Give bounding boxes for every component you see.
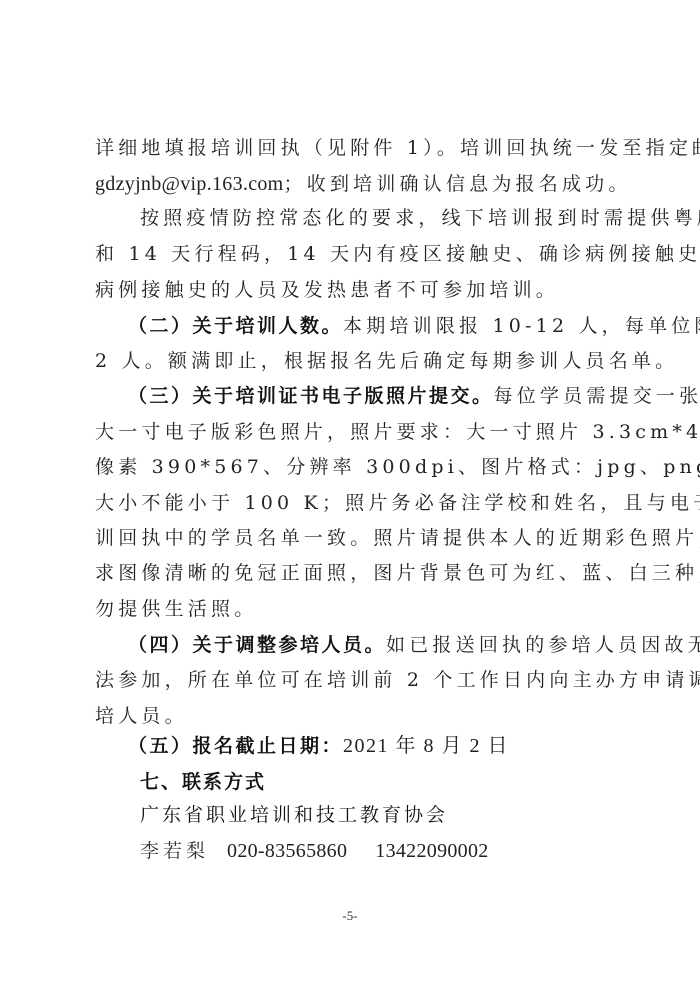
section-3-line: （三）关于培训证书电子版照片提交。每位学员需提交一张 (128, 384, 618, 408)
section-4-heading: （四）关于调整参培人员。 (128, 634, 386, 656)
contact-name: 李若梨 (140, 840, 209, 862)
deadline-date: 2021 年 8 月 2 日 (343, 735, 509, 757)
paragraph-line: 病例接触史的人员及发热患者不可参加培训。 (95, 278, 615, 302)
organization-line: 广东省职业培训和技工教育协会 (140, 803, 660, 827)
contact-phone: 020-83565860 (227, 840, 347, 862)
body-text: 本期培训限报 10-12 人，每单位限报 (343, 315, 700, 337)
paragraph-line: 按照疫情防控常态化的要求，线下培训报到时需提供粤康码 (140, 206, 615, 230)
paragraph-line: 和 14 天行程码，14 天内有疫区接触史、确诊病例接触史或疑似 (95, 242, 615, 266)
body-text: 培人员。 (95, 705, 188, 727)
organization-name: 广东省职业培训和技工教育协会 (140, 804, 448, 826)
body-text: 详细地填报培训回执（见附件 1）。培训回执统一发至指定邮箱： (95, 137, 700, 159)
paragraph-line: 大一寸电子版彩色照片，照片要求：大一寸照片 3.3cm*4.8cm、 (95, 420, 615, 444)
body-text: 病例接触史的人员及发热患者不可参加培训。 (95, 279, 559, 301)
body-text: 每位学员需提交一张 (494, 385, 700, 407)
body-text: 勿提供生活照。 (95, 598, 257, 620)
section-4-line: （四）关于调整参培人员。如已报送回执的参培人员因故无 (128, 633, 618, 657)
email-address: gdzyjnb@vip.163.com (95, 173, 284, 195)
paragraph-line: 2 人。额满即止，根据报名先后确定每期参训人员名单。 (95, 349, 615, 373)
body-text: 和 14 天行程码，14 天内有疫区接触史、确诊病例接触史或疑似 (95, 243, 700, 265)
body-text: 法参加，所在单位可在培训前 2 个工作日内向主办方申请调整参 (95, 669, 700, 691)
paragraph-line: 勿提供生活照。 (95, 597, 615, 621)
paragraph-line: 训回执中的学员名单一致。照片请提供本人的近期彩色照片，要 (95, 526, 615, 550)
paragraph-line: 大小不能小于 100 K；照片务必备注学校和姓名，且与电子版培 (95, 491, 615, 515)
body-text: 大一寸电子版彩色照片，照片要求：大一寸照片 3.3cm*4.8cm、 (95, 421, 700, 443)
contact-line: 李若梨020-8356586013422090002 (140, 839, 660, 863)
section-5-line: （五）报名截止日期：2021 年 8 月 2 日 (128, 734, 618, 758)
paragraph-line: 求图像清晰的免冠正面照，图片背景色可为红、蓝、白三种，请 (95, 561, 615, 585)
section-3-heading: （三）关于培训证书电子版照片提交。 (128, 385, 494, 407)
document-page: 详细地填报培训回执（见附件 1）。培训回执统一发至指定邮箱： gdzyjnb@v… (0, 0, 700, 990)
paragraph-line: 法参加，所在单位可在培训前 2 个工作日内向主办方申请调整参 (95, 668, 615, 692)
paragraph-line: 像素 390*567、分辨率 300dpi、图片格式：jpg、png，照片文件 (95, 455, 615, 479)
body-text: 2 人。额满即止，根据报名先后确定每期参训人员名单。 (95, 350, 678, 372)
paragraph-line: 详细地填报培训回执（见附件 1）。培训回执统一发至指定邮箱： (95, 136, 615, 160)
body-text: 大小不能小于 100 K；照片务必备注学校和姓名，且与电子版培 (95, 492, 700, 514)
body-text: 求图像清晰的免冠正面照，图片背景色可为红、蓝、白三种，请 (95, 562, 700, 584)
paragraph-line: gdzyjnb@vip.163.com；收到培训确认信息为报名成功。 (95, 172, 615, 196)
body-text: 训回执中的学员名单一致。照片请提供本人的近期彩色照片，要 (95, 527, 700, 549)
page-number: -5- (0, 908, 700, 924)
section-5-heading: （五）报名截止日期： (128, 735, 343, 757)
section-7-heading: 七、联系方式 (140, 771, 266, 793)
paragraph-line: 培人员。 (95, 704, 615, 728)
contact-mobile: 13422090002 (375, 840, 488, 862)
body-text: ；收到培训确认信息为报名成功。 (284, 173, 632, 195)
body-text: 按照疫情防控常态化的要求，线下培训报到时需提供粤康码 (140, 207, 700, 229)
body-text: 像素 390*567、分辨率 300dpi、图片格式：jpg、png，照片文件 (95, 456, 700, 478)
section-2-heading: （二）关于培训人数。 (128, 315, 343, 337)
body-text: 如已报送回执的参培人员因故无 (386, 634, 700, 656)
section-2-line: （二）关于培训人数。本期培训限报 10-12 人，每单位限报 (128, 314, 618, 338)
section-7-heading-line: 七、联系方式 (140, 770, 660, 794)
